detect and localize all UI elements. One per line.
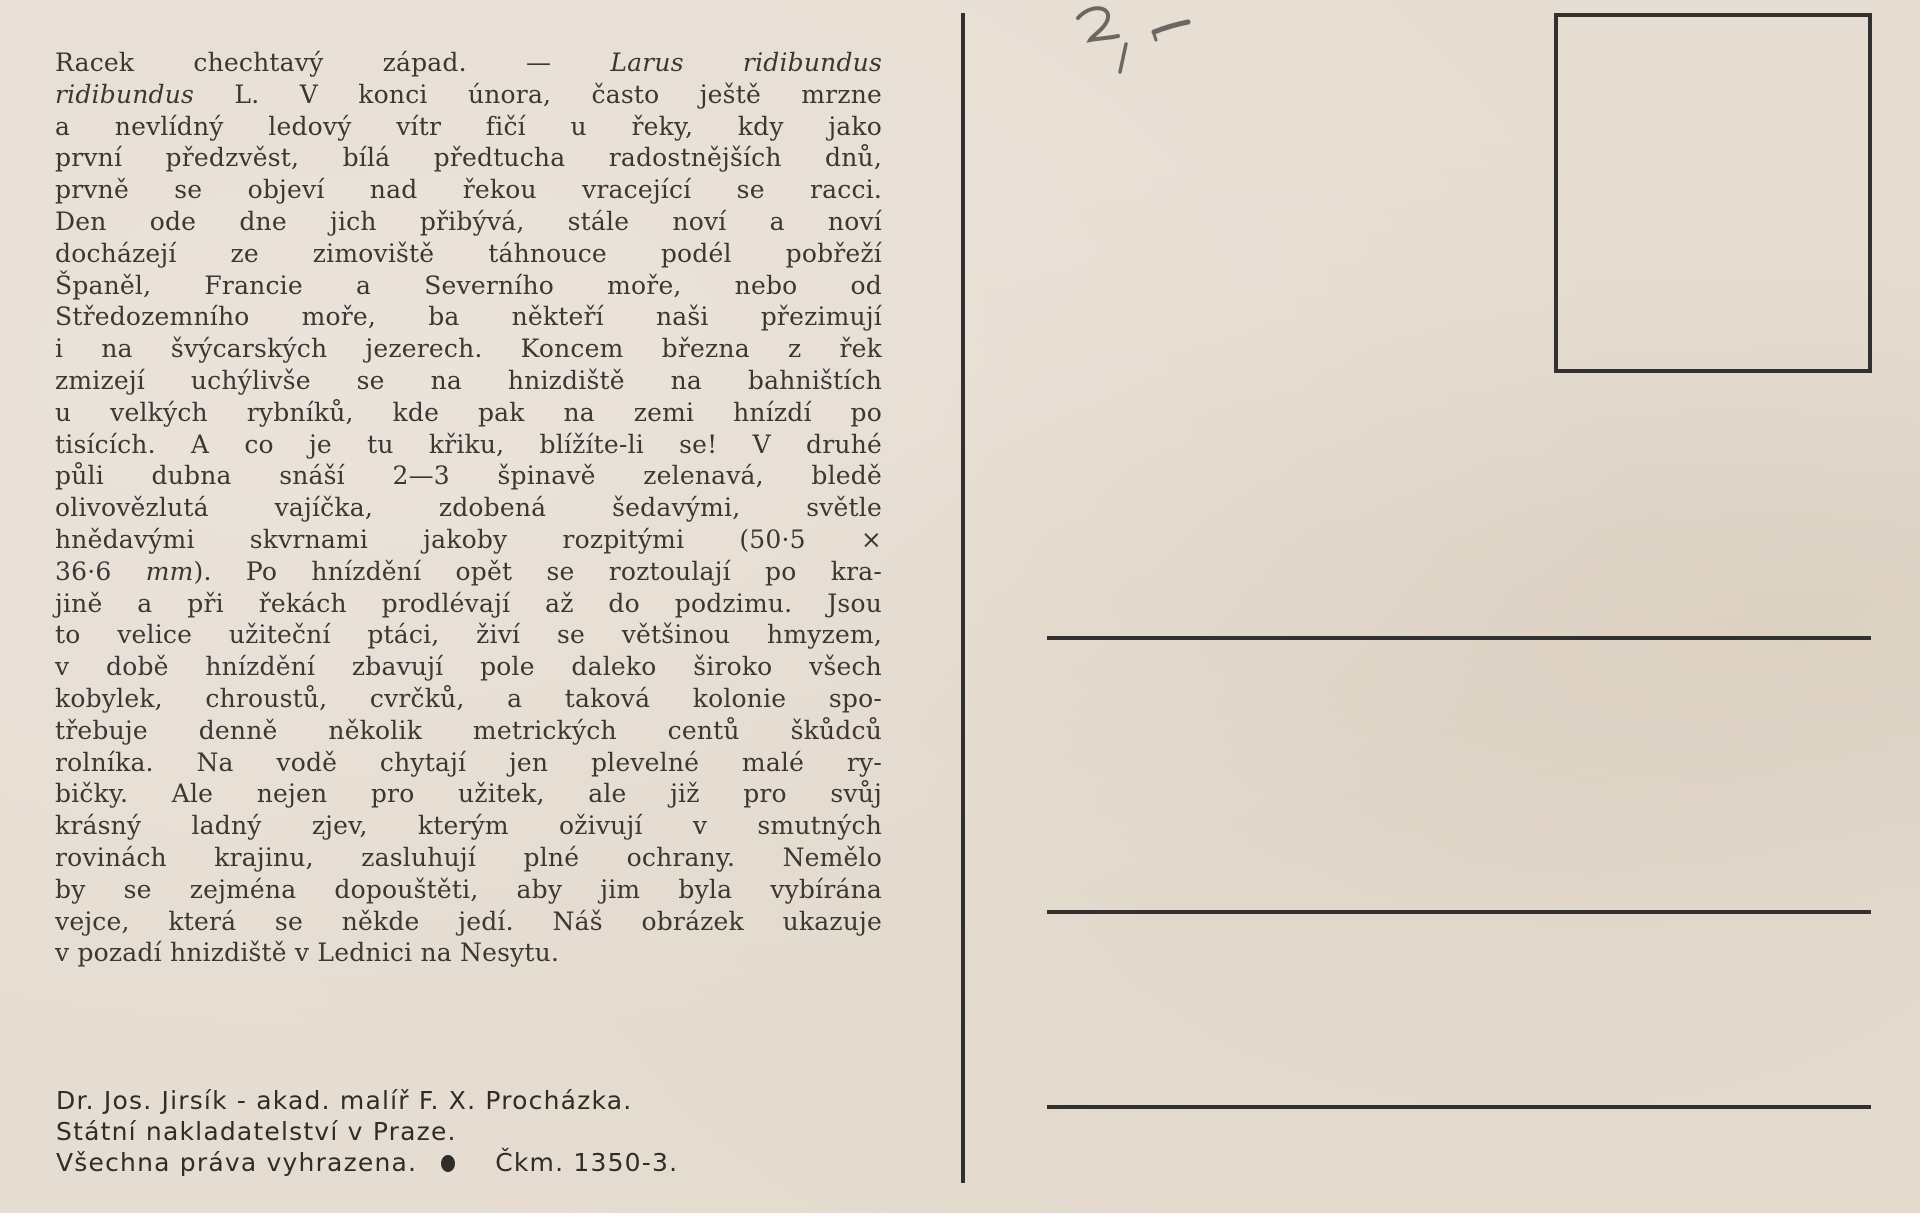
- description-line: tisících. A co je tu křiku, blížíte-li s…: [55, 429, 882, 461]
- description-line: zmizejí uchýlivše se na hnizdiště na bah…: [55, 365, 882, 397]
- address-line-2: [1047, 910, 1871, 914]
- description-text: Den ode dne jich přibývá, stále noví a n…: [55, 207, 882, 236]
- description-text: půli dubna snáší 2—3 špinavě zelenavá, b…: [55, 461, 882, 490]
- description-text: a nevlídný ledový vítr fičí u řeky, kdy …: [55, 112, 882, 141]
- description-text: bičky. Ale nejen pro užitek, ale již pro…: [55, 779, 882, 808]
- description-line: krásný ladný zjev, kterým oživují v smut…: [55, 810, 882, 842]
- credits-line: Dr. Jos. Jirsík - akad. malíř F. X. Proc…: [56, 1085, 678, 1116]
- description-text: rolníka. Na vodě chytají jen plevelné ma…: [55, 748, 882, 777]
- rights-line: Všechna práva vyhrazena.Čkm. 1350-3.: [56, 1147, 678, 1178]
- description-text: hnědavými skvrnami jakoby rozpitými (50·…: [55, 525, 882, 554]
- description-line: rovinách krajinu, zasluhují plné ochrany…: [55, 842, 882, 874]
- description-line: Racek chechtavý západ. — Larus ridibundu…: [55, 47, 882, 79]
- description-line: by se zejména dopouštěti, aby jim byla v…: [55, 874, 882, 906]
- description-line: vejce, která se někde jedí. Náš obrázek …: [55, 906, 882, 938]
- description-line: první předzvěst, bílá předtucha radostně…: [55, 142, 882, 174]
- address-line-3: [1047, 1105, 1871, 1109]
- description-text: v době hnízdění zbavují pole daleko širo…: [55, 652, 882, 681]
- bullet-dot-icon: [441, 1155, 455, 1172]
- description-line: to velice užiteční ptáci, živí se většin…: [55, 619, 882, 651]
- description-line: hnědavými skvrnami jakoby rozpitými (50·…: [55, 524, 882, 556]
- description-line: a nevlídný ledový vítr fičí u řeky, kdy …: [55, 111, 882, 143]
- description-text: rovinách krajinu, zasluhují plné ochrany…: [55, 843, 882, 872]
- description-text: v pozadí hnizdiště v Lednici na Nesytu.: [55, 938, 559, 967]
- description-text: i na švýcarských jezerech. Koncem března…: [55, 334, 882, 363]
- description-line: 36·6 mm). Po hnízdění opět se roztoulají…: [55, 556, 882, 588]
- description-text: vejce, která se někde jedí. Náš obrázek …: [55, 907, 882, 936]
- latin-term: Larus ridibundus: [610, 48, 882, 77]
- publisher-line: Státní nakladatelství v Praze.: [56, 1116, 678, 1147]
- description-text: 36·6: [55, 557, 146, 586]
- description-line: Den ode dne jich přibývá, stále noví a n…: [55, 206, 882, 238]
- description-text: prvně se objeví nad řekou vracející se r…: [55, 175, 882, 204]
- description-text: Racek chechtavý západ. —: [55, 48, 610, 77]
- description-text: krásný ladný zjev, kterým oživují v smut…: [55, 811, 882, 840]
- description-text: docházejí ze zimoviště táhnouce podél po…: [55, 239, 882, 268]
- description-text: zmizejí uchýlivše se na hnizdiště na bah…: [55, 366, 882, 395]
- description-text: první předzvěst, bílá předtucha radostně…: [55, 143, 882, 172]
- description-line: prvně se objeví nad řekou vracející se r…: [55, 174, 882, 206]
- center-divider-line: [961, 13, 965, 1183]
- description-text: L. V konci února, často ještě mrzne: [194, 80, 882, 109]
- description-line: ridibundus L. V konci února, často ještě…: [55, 79, 882, 111]
- description-line: v pozadí hnizdiště v Lednici na Nesytu.: [55, 937, 882, 969]
- description-line: docházejí ze zimoviště táhnouce podél po…: [55, 238, 882, 270]
- description-line: půli dubna snáší 2—3 špinavě zelenavá, b…: [55, 460, 882, 492]
- description-line: i na švýcarských jezerech. Koncem března…: [55, 333, 882, 365]
- species-description: Racek chechtavý západ. — Larus ridibundu…: [55, 47, 882, 969]
- description-line: jině a při řekách prodlévají až do podzi…: [55, 588, 882, 620]
- description-line: u velkých rybníků, kde pak na zemi hnízd…: [55, 397, 882, 429]
- description-line: Španěl, Francie a Severního moře, nebo o…: [55, 270, 882, 302]
- description-line: Středozemního moře, ba někteří naši přez…: [55, 301, 882, 333]
- catalog-number: Čkm. 1350-3.: [495, 1148, 678, 1177]
- description-text: ). Po hnízdění opět se roztoulají po kra…: [194, 557, 882, 586]
- publisher-footer: Dr. Jos. Jirsík - akad. malíř F. X. Proc…: [56, 1085, 678, 1178]
- description-line: bičky. Ale nejen pro užitek, ale již pro…: [55, 778, 882, 810]
- description-line: kobylek, chroustů, cvrčků, a taková kolo…: [55, 683, 882, 715]
- description-text: u velkých rybníků, kde pak na zemi hnízd…: [55, 398, 882, 427]
- description-line: v době hnízdění zbavují pole daleko širo…: [55, 651, 882, 683]
- pencil-price-mark-icon: [1070, 0, 1210, 80]
- description-line: olivovězlutá vajíčka, zdobená šedavými, …: [55, 492, 882, 524]
- stamp-placement-box: [1554, 13, 1872, 373]
- description-text: Španěl, Francie a Severního moře, nebo o…: [55, 271, 882, 300]
- address-line-1: [1047, 636, 1871, 640]
- description-text: jině a při řekách prodlévají až do podzi…: [55, 589, 882, 618]
- description-text: Středozemního moře, ba někteří naši přez…: [55, 302, 882, 331]
- latin-term: mm: [146, 557, 194, 586]
- description-line: třebuje denně několik metrických centů š…: [55, 715, 882, 747]
- description-text: tisících. A co je tu křiku, blížíte-li s…: [55, 430, 882, 459]
- description-text: to velice užiteční ptáci, živí se většin…: [55, 620, 882, 649]
- latin-term: ridibundus: [55, 80, 194, 109]
- description-text: olivovězlutá vajíčka, zdobená šedavými, …: [55, 493, 882, 522]
- rights-text: Všechna práva vyhrazena.: [56, 1148, 417, 1177]
- description-text: třebuje denně několik metrických centů š…: [55, 716, 882, 745]
- description-line: rolníka. Na vodě chytají jen plevelné ma…: [55, 747, 882, 779]
- description-text: kobylek, chroustů, cvrčků, a taková kolo…: [55, 684, 882, 713]
- description-text: by se zejména dopouštěti, aby jim byla v…: [55, 875, 882, 904]
